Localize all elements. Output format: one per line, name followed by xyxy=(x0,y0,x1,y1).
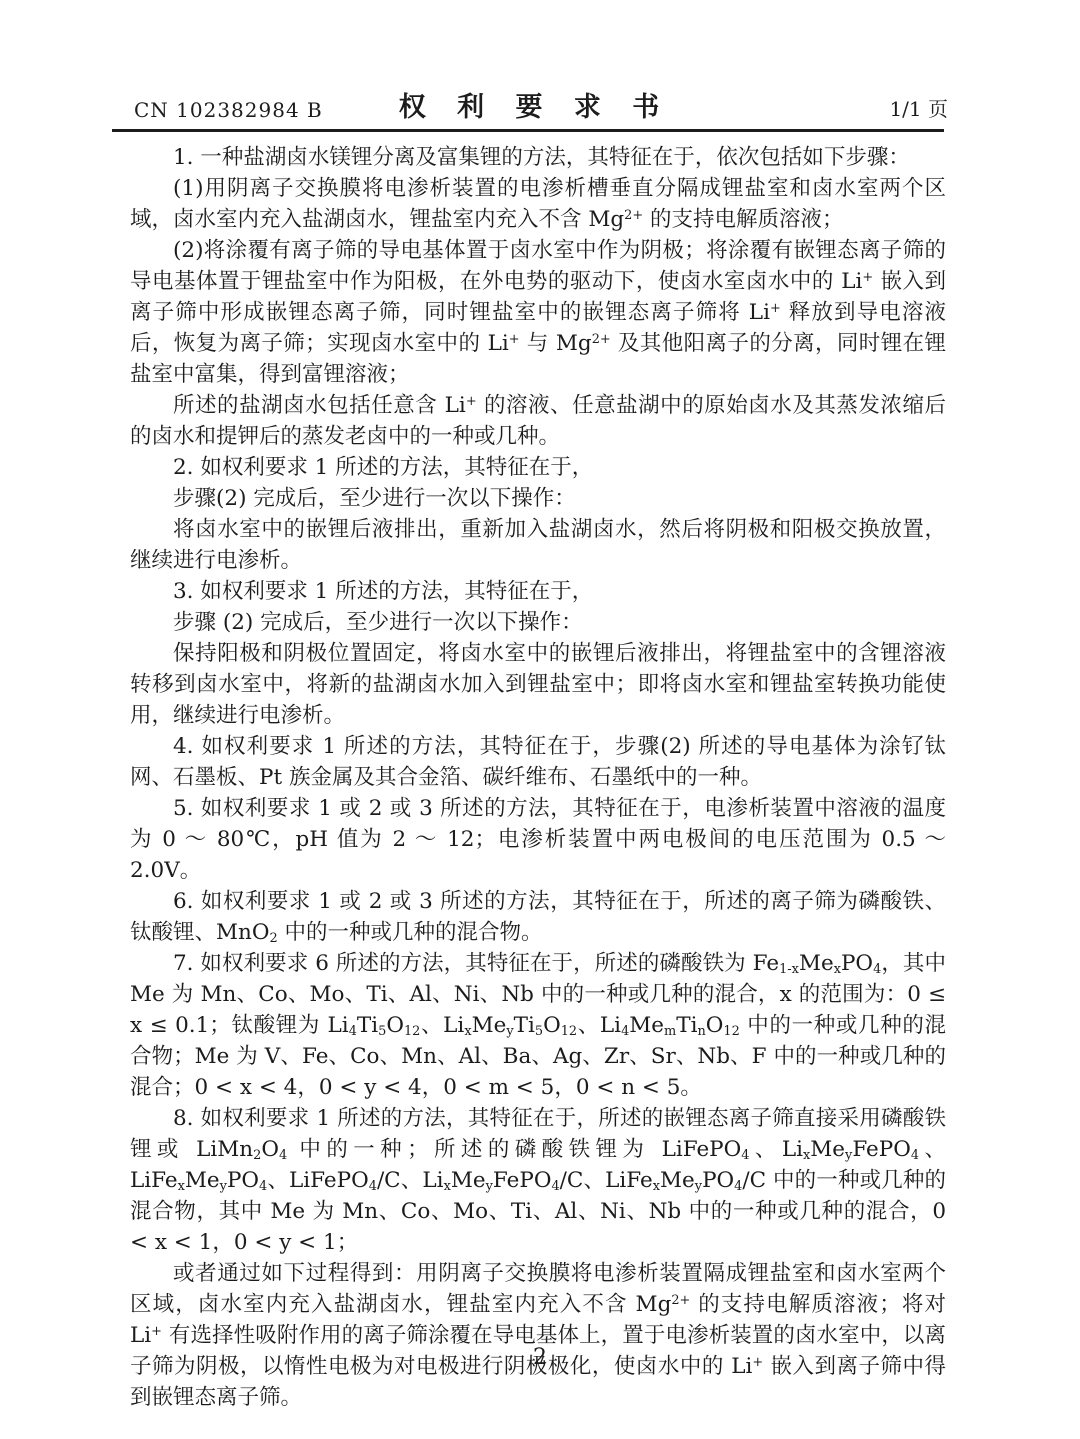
page-header: CN 102382984 B 权 利 要 求 书 1/1 页 xyxy=(112,90,948,124)
claim-paragraph: 将卤水室中的嵌锂后液排出，重新加入盐湖卤水，然后将阴极和阳极交换放置，继续进行电… xyxy=(130,514,946,576)
claim-paragraph: 1. 一种盐湖卤水镁锂分离及富集锂的方法，其特征在于，依次包括如下步骤： xyxy=(130,142,946,173)
claim-paragraph: 8. 如权利要求 1 所述的方法，其特征在于，所述的嵌锂态离子筛直接采用磷酸铁锂… xyxy=(130,1103,946,1258)
claim-paragraph: 所述的盐湖卤水包括任意含 Li+ 的溶液、任意盐湖中的原始卤水及其蒸发浓缩后的卤… xyxy=(130,390,946,452)
claim-paragraph: 3. 如权利要求 1 所述的方法，其特征在于， xyxy=(130,576,946,607)
header-rule xyxy=(112,129,944,132)
claim-paragraph: 4. 如权利要求 1 所述的方法，其特征在于，步骤(2) 所述的导电基体为涂钌钛… xyxy=(130,731,946,793)
patent-claims-page: CN 102382984 B 权 利 要 求 书 1/1 页 1. 一种盐湖卤水… xyxy=(0,0,1080,1439)
claim-paragraph: 步骤(2) 完成后，至少进行一次以下操作： xyxy=(130,483,946,514)
claim-paragraph: 步骤 (2) 完成后，至少进行一次以下操作： xyxy=(130,607,946,638)
claims-body: 1. 一种盐湖卤水镁锂分离及富集锂的方法，其特征在于，依次包括如下步骤：(1)用… xyxy=(130,142,946,1413)
claim-paragraph: 或者通过如下过程得到：用阴离子交换膜将电渗析装置隔成锂盐室和卤水室两个区域，卤水… xyxy=(130,1258,946,1413)
claim-paragraph: 6. 如权利要求 1 或 2 或 3 所述的方法，其特征在于，所述的离子筛为磷酸… xyxy=(130,886,946,948)
document-title: 权 利 要 求 书 xyxy=(112,85,948,124)
claim-paragraph: 2. 如权利要求 1 所述的方法，其特征在于， xyxy=(130,452,946,483)
page-footer: 2 xyxy=(0,1345,1080,1370)
claim-paragraph: 保持阳极和阴极位置固定，将卤水室中的嵌锂后液排出，将锂盐室中的含锂溶液转移到卤水… xyxy=(130,638,946,731)
claim-paragraph: (2)将涂覆有离子筛的导电基体置于卤水室中作为阴极；将涂覆有嵌锂态离子筛的导电基… xyxy=(130,235,946,390)
claim-paragraph: 5. 如权利要求 1 或 2 或 3 所述的方法，其特征在于，电渗析装置中溶液的… xyxy=(130,793,946,886)
page-indicator: 1/1 页 xyxy=(889,93,948,122)
claim-paragraph: 7. 如权利要求 6 所述的方法，其特征在于，所述的磷酸铁为 Fe1-xMexP… xyxy=(130,948,946,1103)
page-number: 2 xyxy=(533,1345,547,1370)
claim-paragraph: (1)用阴离子交换膜将电渗析装置的电渗析槽垂直分隔成锂盐室和卤水室两个区域，卤水… xyxy=(130,173,946,235)
